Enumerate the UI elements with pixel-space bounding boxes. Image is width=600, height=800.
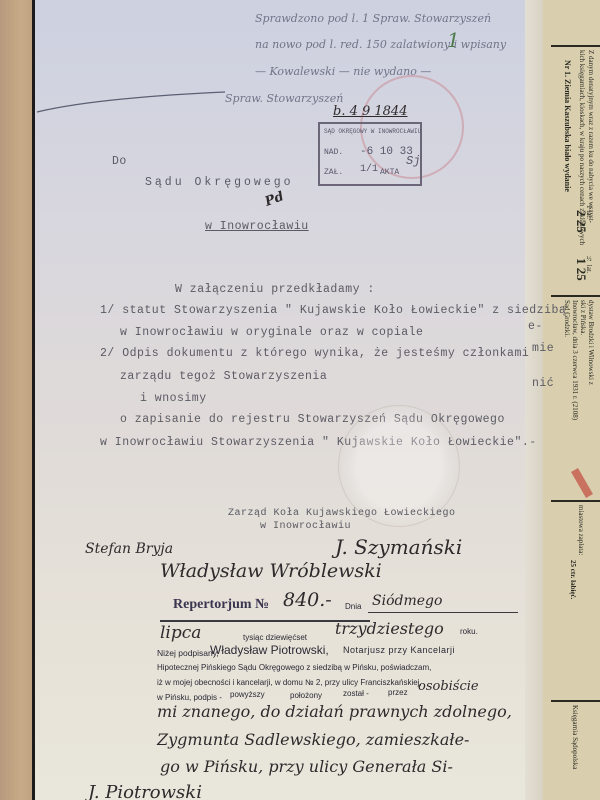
newspaper-text: Z danym denatyjnym wraz z razem ku do na… — [587, 50, 595, 223]
newspaper-text: Inowrocław, dnia 3 czerwca 1931 r. (2108… — [571, 300, 579, 420]
newspaper-text: dystaw Brodzki i Wiłnowski z — [587, 300, 595, 385]
notary-hand-line1: mi znanego, do działań prawnych zdolnego… — [157, 702, 512, 721]
newspaper-text: miastowa zapłata: — [577, 505, 585, 555]
margin-fragment: e- — [528, 320, 543, 333]
page-edge — [525, 0, 543, 800]
notary-line3: iż w mojej obecności i kancelarji, w dom… — [157, 678, 422, 687]
stamp-fraction: 1/1 — [360, 164, 378, 175]
addressee-line2: w Inowrocławiu — [205, 220, 309, 233]
year-value: trzydziestego — [335, 619, 444, 638]
pencil-note-line: na nowo pod l. red. 150 zalatwiony i wpi… — [255, 38, 506, 51]
year-prefix: tysiąc dziewięćset — [243, 633, 307, 642]
pencil-note-line: Spraw. Stowarzyszeń — [225, 92, 343, 105]
signature-2: Władysław Wróblewski — [160, 560, 382, 582]
newspaper-text: Księgarnia Sądopolska — [571, 705, 579, 769]
day-label: Dnia — [345, 602, 361, 611]
registry-number: b. 4 9 1844 — [333, 104, 407, 119]
body-intro: W załączeniu przedkładamy : — [175, 283, 375, 296]
stamp-date: -6 10 33 — [360, 146, 413, 158]
addressee-prefix: Do — [112, 155, 127, 168]
day-value: Siódmego — [372, 593, 442, 609]
stamp-initial: Sj — [406, 154, 420, 168]
notary-line4-a: w Pińsku, podpis - — [157, 693, 222, 702]
signature-3: J. Szymański — [335, 535, 462, 559]
repertory-number: 840.- — [283, 589, 332, 611]
month-value: lipca — [160, 623, 201, 643]
notary-hand-line2: Zygmunta Sadlewskiego, zamieszkałe- — [157, 730, 469, 749]
body-item1-line1: 1/ statut Stowarzyszenia " Kujawskie Koł… — [100, 304, 566, 317]
notary-hand-line3: go w Pińsku, przy ulicy Generała Si- — [160, 757, 453, 776]
notary-handwritten: osobiście — [418, 679, 479, 694]
signature-block-line1: Zarząd Koła Kujawskiego Łowieckiego — [228, 508, 456, 519]
newspaper-rule — [551, 500, 600, 502]
newspaper-title: Nr 1. Ziemia Kaszubska biało wydanie — [563, 60, 572, 192]
fill-line — [368, 612, 518, 613]
binder-cover — [0, 0, 36, 800]
margin-fragment: mie — [532, 342, 554, 355]
stamp-label: NAD. — [324, 148, 343, 157]
body-item1-line2: w Inowrocławiu w oryginale oraz w copial… — [120, 326, 423, 339]
repertory-label: Repertorjum № — [173, 597, 269, 613]
notary-title: Notarjusz przy Kancelarji — [343, 645, 455, 655]
stamp-label: AKTA — [380, 168, 399, 177]
notary-line4-e: przez — [388, 688, 408, 697]
newspaper-price: 2 25 — [573, 210, 589, 233]
addressee-line1: Sądu Okręgowego — [145, 176, 294, 189]
notary-line2: Hipotecznej Pińskiego Sądu Okręgowego z … — [157, 663, 431, 672]
notary-line4-d: został - — [343, 689, 369, 698]
notary-line4-c: położony — [290, 691, 322, 700]
margin-fragment: nić — [532, 377, 554, 390]
pencil-stroke — [35, 90, 235, 120]
signature-block-line2: w Inowrocławiu — [260, 521, 351, 532]
notary-bottom-signature: J. Piotrowski — [88, 782, 202, 800]
body-item2-line2: zarządu tegoż Stowarzyszenia — [120, 370, 327, 383]
signature-1: Stefan Bryja — [85, 541, 173, 557]
receipt-stamp: SĄD OKRĘGOWY W INOWROCŁAWIU NAD. -6 10 3… — [318, 122, 422, 186]
notary-line4-b: powyższy — [230, 690, 265, 699]
body-request-line2: o zapisanie do rejestru Stowarzyszeń Sąd… — [120, 413, 505, 426]
newspaper-rule — [551, 295, 600, 297]
body-request-line1: i wnosimy — [140, 392, 207, 405]
notary-name: Władysław Piotrowski, — [210, 643, 329, 657]
newspaper-strip: Z danym denatyjnym wraz z razem ku do na… — [543, 0, 600, 800]
newspaper-text: 25 ctr. łabięć. — [569, 560, 577, 599]
stamp-label: ZAŁ. — [324, 168, 343, 177]
pencil-note-line: Sprawdzono pod l. 1 Spraw. Stowarzyszeń — [255, 12, 491, 25]
newspaper-text: ski z Pińska. — [579, 300, 587, 335]
body-request-line3: w Inowrocławiu Stowarzyszenia " Kujawski… — [100, 436, 537, 449]
stamp-court-name: SĄD OKRĘGOWY W INOWROCŁAWIU — [324, 128, 421, 135]
year-suffix: roku. — [460, 627, 478, 636]
body-item2-line1: 2/ Odpis dokumentu z którego wynika, że … — [100, 347, 529, 360]
newspaper-rule — [551, 45, 600, 47]
newspaper-price: 1 25 — [573, 258, 589, 281]
newspaper-rule — [551, 700, 600, 702]
